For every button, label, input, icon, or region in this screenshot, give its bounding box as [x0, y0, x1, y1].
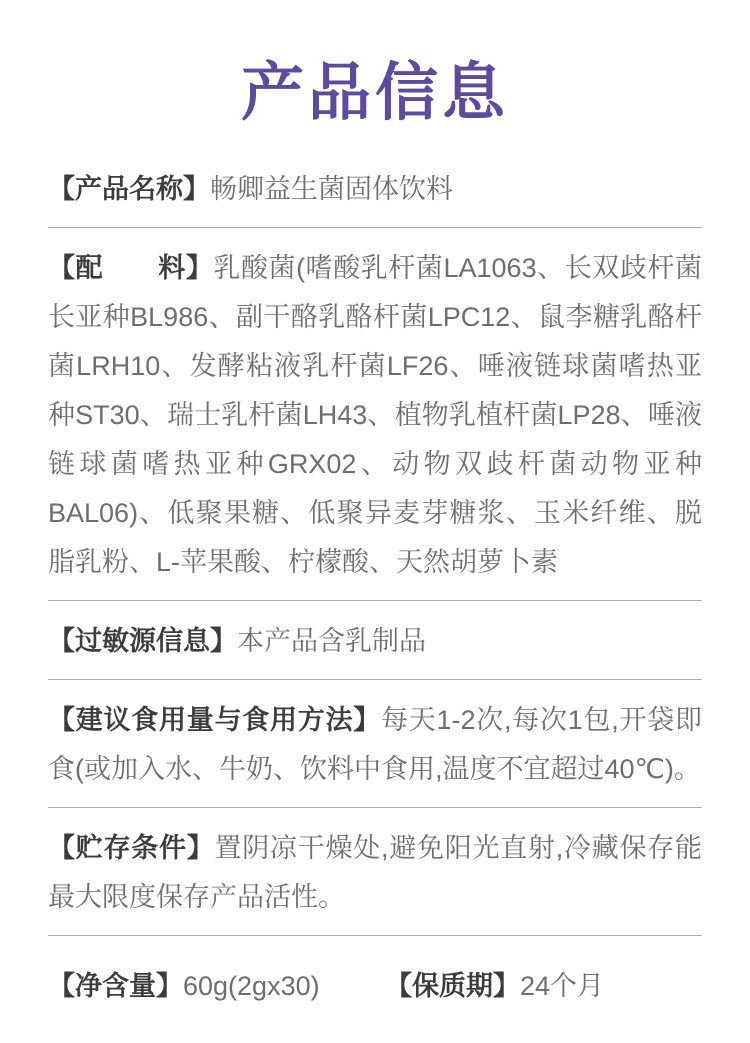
allergen-info-value: 本产品含乳制品 — [237, 626, 426, 656]
section-usage-suggestion: 【建议食用量与食用方法】每天1-2次,每次1包,开袋即食(或加入水、牛奶、饮料中… — [48, 680, 702, 808]
allergen-info-label: 【过敏源信息】 — [48, 626, 237, 656]
product-name-label: 【产品名称】 — [48, 174, 210, 204]
usage-suggestion-label: 【建议食用量与食用方法】 — [48, 705, 381, 735]
product-info-page: 产品信息 【产品名称】畅卿益生菌固体饮料 【配 料】乳酸菌(嗜酸乳杆菌LA106… — [0, 0, 750, 1043]
shelf-life-item: 【保质期】24个月 — [385, 962, 604, 1011]
shelf-life-label: 【保质期】 — [385, 971, 520, 1001]
section-storage-conditions: 【贮存条件】置阴凉干燥处,避免阳光直射,冷藏保存能最大限度保存产品活性。 — [48, 808, 702, 936]
section-allergen-info: 【过敏源信息】本产品含乳制品 — [48, 601, 702, 680]
net-weight-label: 【净含量】 — [48, 971, 183, 1001]
net-weight-item: 【净含量】60g(2gx30) — [48, 962, 385, 1011]
product-name-value: 畅卿益生菌固体饮料 — [210, 174, 453, 204]
storage-conditions-label: 【贮存条件】 — [48, 833, 215, 863]
section-ingredients: 【配 料】乳酸菌(嗜酸乳杆菌LA1063、长双歧杆菌长亚种BL986、副干酪乳酪… — [48, 228, 702, 601]
net-weight-shelf-life-row: 【净含量】60g(2gx30) 【保质期】24个月 — [48, 936, 702, 1011]
section-product-name: 【产品名称】畅卿益生菌固体饮料 — [48, 149, 702, 228]
shelf-life-value: 24个月 — [520, 971, 604, 1001]
page-title: 产品信息 — [48, 0, 702, 149]
net-weight-value: 60g(2gx30) — [183, 971, 320, 1001]
ingredients-value: 乳酸菌(嗜酸乳杆菌LA1063、长双歧杆菌长亚种BL986、副干酪乳酪杆菌LPC… — [48, 253, 702, 577]
ingredients-label: 【配 料】 — [48, 253, 213, 283]
